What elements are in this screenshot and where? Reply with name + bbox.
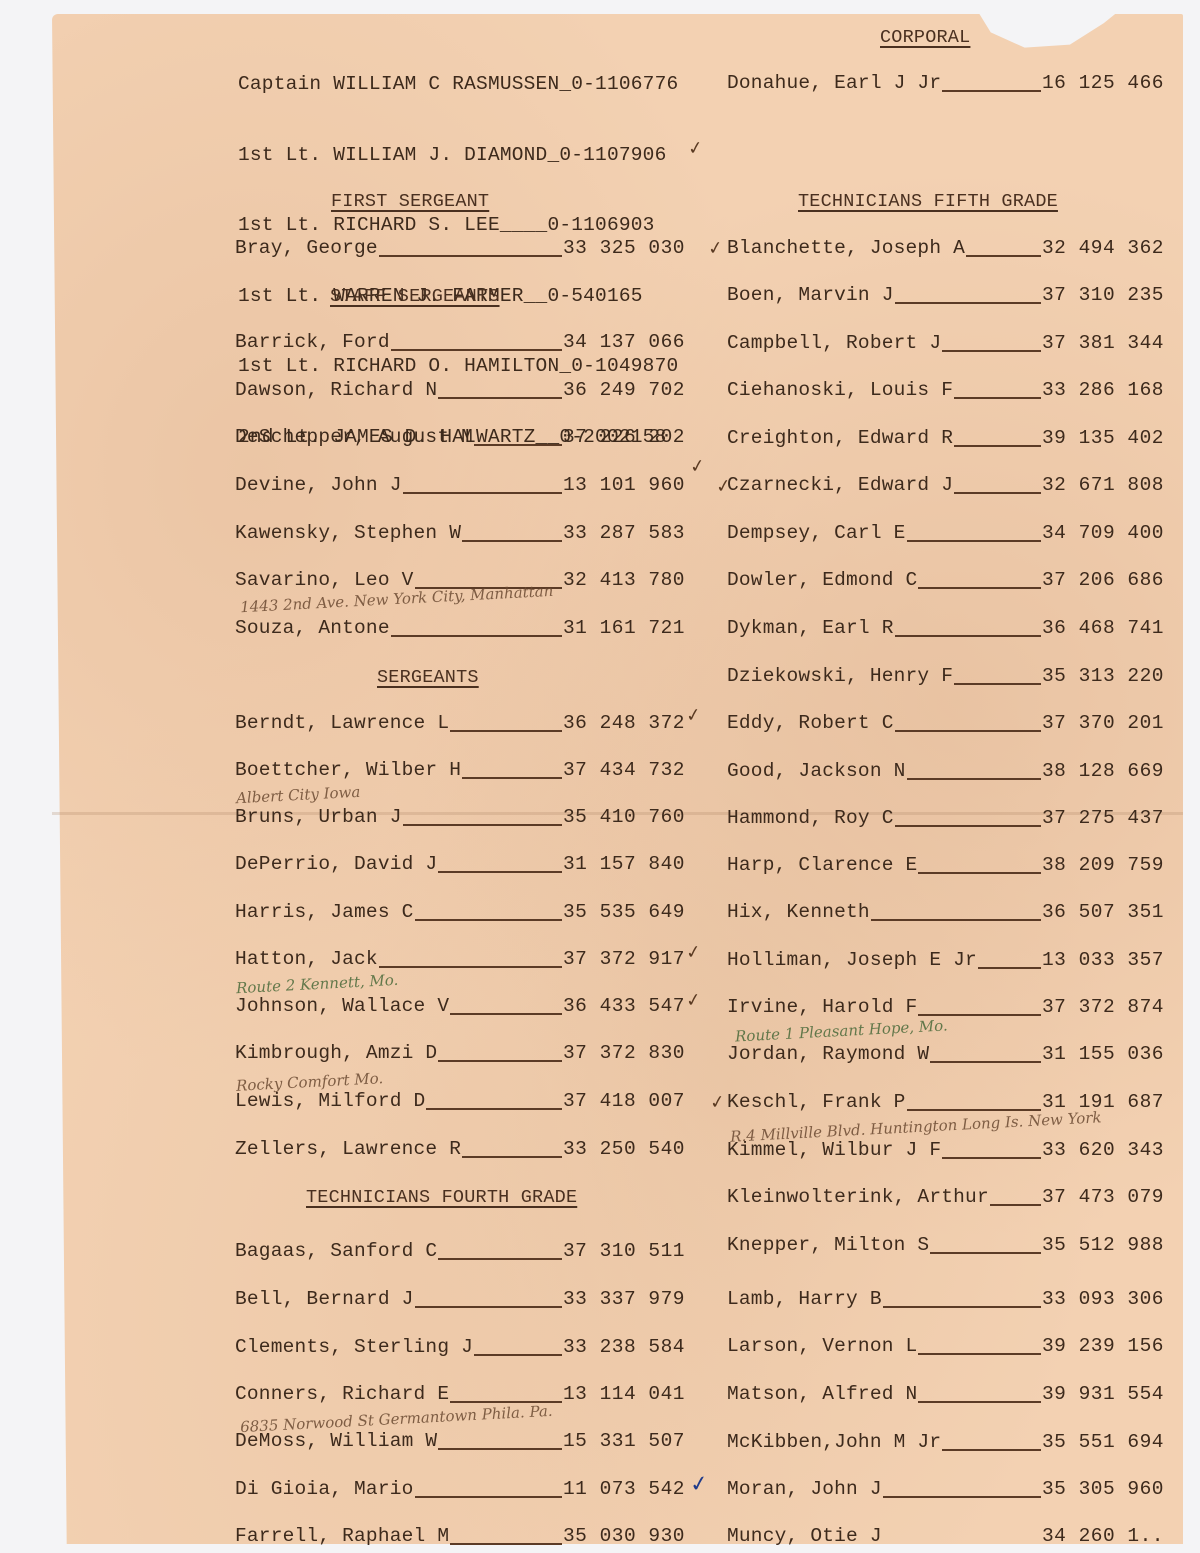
serial-number: 33 620 343 bbox=[1042, 1139, 1164, 1161]
fill-line bbox=[942, 90, 1041, 92]
page-bottom-edge bbox=[52, 1546, 1200, 1553]
fill-line bbox=[403, 492, 562, 494]
soldier-name: Clements, Sterling J bbox=[235, 1336, 473, 1358]
checkmark-icon: ✓ bbox=[687, 137, 705, 160]
fill-line bbox=[415, 919, 562, 921]
soldier-name: Campbell, Robert J bbox=[727, 332, 941, 354]
checkmark-icon: ✓ bbox=[715, 475, 733, 498]
serial-number: 37 275 437 bbox=[1042, 807, 1164, 829]
fill-line bbox=[883, 1543, 1041, 1545]
section-heading-technicians-fifth-grade: TECHNICIANS FIFTH GRADE bbox=[798, 191, 1058, 212]
serial-number: 11 073 542 bbox=[563, 1478, 685, 1500]
fill-line bbox=[450, 1013, 562, 1015]
fill-line bbox=[895, 635, 1041, 637]
soldier-name: Zellers, Lawrence R bbox=[235, 1138, 461, 1160]
serial-number: 31 155 036 bbox=[1042, 1043, 1164, 1065]
checkmark-icon: ✓ bbox=[689, 455, 707, 478]
fill-line bbox=[438, 1258, 562, 1260]
officer-line: 1st Lt. RICHARD S. LEE____0-1106903 bbox=[238, 214, 678, 238]
serial-number: 38 128 669 bbox=[1042, 760, 1164, 782]
roster-row: Hatton, Jack37 372 917 bbox=[235, 948, 685, 974]
fill-line bbox=[450, 730, 562, 732]
serial-number: 39 135 402 bbox=[1042, 427, 1164, 449]
soldier-name: Lamb, Harry B bbox=[727, 1288, 882, 1310]
soldier-name: Barrick, Ford bbox=[235, 331, 390, 353]
serial-number: 37 372 917 bbox=[563, 948, 685, 970]
serial-number: 35 535 649 bbox=[563, 901, 685, 923]
serial-number: 37 310 235 bbox=[1042, 284, 1164, 306]
soldier-name: Keschl, Frank P bbox=[727, 1091, 906, 1113]
roster-row: DePerrio, David J31 157 840 bbox=[235, 853, 685, 879]
fill-line bbox=[918, 872, 1041, 874]
serial-number: 35 551 694 bbox=[1042, 1431, 1164, 1453]
roster-row: Hix, Kenneth36 507 351 bbox=[727, 901, 1164, 927]
roster-row: DeSchepper, August M37 226 202 bbox=[235, 426, 685, 452]
fill-line bbox=[474, 444, 562, 446]
serial-number: 37 310 511 bbox=[563, 1240, 685, 1262]
officer-line: 1st Lt. WILLIAM J. DIAMOND_0-1107906 bbox=[238, 144, 678, 168]
serial-number: 35 512 988 bbox=[1042, 1234, 1164, 1256]
serial-number: 34 709 400 bbox=[1042, 522, 1164, 544]
soldier-name: Devine, John J bbox=[235, 474, 402, 496]
fill-line bbox=[990, 1204, 1041, 1206]
checkmark-icon: ✓ bbox=[685, 704, 703, 727]
soldier-name: Souza, Antone bbox=[235, 617, 390, 639]
roster-row: Berndt, Lawrence L36 248 372 bbox=[235, 712, 685, 738]
soldier-name: Dempsey, Carl E bbox=[727, 522, 906, 544]
roster-row: Creighton, Edward R39 135 402 bbox=[727, 427, 1164, 453]
fill-line bbox=[954, 445, 1041, 447]
fill-line bbox=[415, 1496, 562, 1498]
roster-row: Bagaas, Sanford C37 310 511 bbox=[235, 1240, 685, 1266]
serial-number: 35 313 220 bbox=[1042, 665, 1164, 687]
officer-line: Captain WILLIAM C RASMUSSEN_0-1106776 bbox=[238, 73, 678, 97]
roster-row: Czarnecki, Edward J32 671 808 bbox=[727, 474, 1164, 500]
checkmark-icon: ✓ bbox=[707, 237, 725, 260]
soldier-name: Kawensky, Stephen W bbox=[235, 522, 461, 544]
fill-line bbox=[883, 1496, 1041, 1498]
soldier-name: Boen, Marvin J bbox=[727, 284, 894, 306]
soldier-name: Good, Jackson N bbox=[727, 760, 906, 782]
roster-row: Hammond, Roy C37 275 437 bbox=[727, 807, 1164, 833]
roster-row: Kleinwolterink, Arthur37 473 079 bbox=[727, 1186, 1164, 1212]
section-heading-technicians-fourth-grade: TECHNICIANS FOURTH GRADE bbox=[306, 1187, 577, 1208]
fill-line bbox=[978, 967, 1041, 969]
roster-row: Souza, Antone31 161 721 bbox=[235, 617, 685, 643]
fill-line bbox=[438, 1448, 562, 1450]
serial-number: 37 226 202 bbox=[563, 426, 685, 448]
serial-number: 36 507 351 bbox=[1042, 901, 1164, 923]
roster-row: Dykman, Earl R36 468 741 bbox=[727, 617, 1164, 643]
serial-number: 31 157 840 bbox=[563, 853, 685, 875]
serial-number: 35 410 760 bbox=[563, 806, 685, 828]
fill-line bbox=[966, 255, 1041, 257]
soldier-name: Kimbrough, Amzi D bbox=[235, 1042, 437, 1064]
roster-row: Lewis, Milford D37 418 007 bbox=[235, 1090, 685, 1116]
fill-line bbox=[930, 1252, 1041, 1254]
fill-line bbox=[450, 1543, 562, 1545]
fill-line bbox=[462, 777, 562, 779]
roster-row: Bruns, Urban J35 410 760 bbox=[235, 806, 685, 832]
roster-row: Harris, James C35 535 649 bbox=[235, 901, 685, 927]
roster-row: Dowler, Edmond C37 206 686 bbox=[727, 569, 1164, 595]
fill-line bbox=[462, 540, 562, 542]
soldier-name: Di Gioia, Mario bbox=[235, 1478, 414, 1500]
roster-row: McKibben,John M Jr35 551 694 bbox=[727, 1431, 1164, 1457]
fill-line bbox=[438, 397, 562, 399]
serial-number: 33 250 540 bbox=[563, 1138, 685, 1160]
serial-number: 13 101 960 bbox=[563, 474, 685, 496]
soldier-name: Muncy, Otie J bbox=[727, 1525, 882, 1547]
soldier-name: DeSchepper, August M bbox=[235, 426, 473, 448]
checkmark-icon: ✓ bbox=[688, 1471, 710, 1498]
serial-number: 34 137 066 bbox=[563, 331, 685, 353]
roster-row: DeMoss, William W15 331 507 bbox=[235, 1430, 685, 1456]
serial-number: 38 209 759 bbox=[1042, 854, 1164, 876]
serial-number: 39 239 156 bbox=[1042, 1335, 1164, 1357]
soldier-name: Jordan, Raymond W bbox=[727, 1043, 929, 1065]
section-heading-first-sergeant: FIRST SERGEANT bbox=[331, 191, 489, 212]
soldier-name: Harris, James C bbox=[235, 901, 414, 923]
officer-line: 1st Lt. RICHARD O. HAMILTON_0-1049870 bbox=[238, 355, 678, 379]
roster-row: Jordan, Raymond W31 155 036 bbox=[727, 1043, 1164, 1069]
roster-row: Clements, Sterling J33 238 584 bbox=[235, 1336, 685, 1362]
soldier-name: Holliman, Joseph E Jr bbox=[727, 949, 977, 971]
soldier-name: Dowler, Edmond C bbox=[727, 569, 917, 591]
roster-row: Matson, Alfred N39 931 554 bbox=[727, 1383, 1164, 1409]
soldier-name: Knepper, Milton S bbox=[727, 1234, 929, 1256]
serial-number: 37 434 732 bbox=[563, 759, 685, 781]
fill-line bbox=[907, 1109, 1041, 1111]
soldier-name: Czarnecki, Edward J bbox=[727, 474, 953, 496]
serial-number: 34 260 1.. bbox=[1042, 1525, 1164, 1547]
serial-number: 36 433 547 bbox=[563, 995, 685, 1017]
fill-line bbox=[930, 1061, 1041, 1063]
serial-number: 33 337 979 bbox=[563, 1288, 685, 1310]
serial-number: 33 286 168 bbox=[1042, 379, 1164, 401]
fill-line bbox=[918, 1014, 1041, 1016]
roster-row: Johnson, Wallace V36 433 547 bbox=[235, 995, 685, 1021]
fill-line bbox=[907, 778, 1041, 780]
fill-line bbox=[942, 1157, 1041, 1159]
roster-row: Bray, George33 325 030 bbox=[235, 237, 685, 263]
fill-line bbox=[438, 871, 562, 873]
serial-number: 32 494 362 bbox=[1042, 237, 1164, 259]
serial-number: 36 468 741 bbox=[1042, 617, 1164, 639]
soldier-name: Blanchette, Joseph A bbox=[727, 237, 965, 259]
soldier-name: Dykman, Earl R bbox=[727, 617, 894, 639]
serial-number: 37 370 201 bbox=[1042, 712, 1164, 734]
soldier-name: Bray, George bbox=[235, 237, 378, 259]
serial-number: 33 093 306 bbox=[1042, 1288, 1164, 1310]
serial-number: 37 372 874 bbox=[1042, 996, 1164, 1018]
fill-line bbox=[918, 1401, 1041, 1403]
serial-number: 32 671 808 bbox=[1042, 474, 1164, 496]
fill-line bbox=[954, 683, 1041, 685]
fill-line bbox=[379, 255, 562, 257]
checkmark-icon: ✓ bbox=[685, 941, 703, 964]
fill-line bbox=[391, 635, 562, 637]
roster-row: Barrick, Ford34 137 066 bbox=[235, 331, 685, 357]
soldier-name: Bagaas, Sanford C bbox=[235, 1240, 437, 1262]
serial-number: 16 125 466 bbox=[1042, 72, 1164, 94]
roster-row: Harp, Clarence E38 209 759 bbox=[727, 854, 1164, 880]
serial-number: 32 413 780 bbox=[563, 569, 685, 591]
soldier-name: Hammond, Roy C bbox=[727, 807, 894, 829]
soldier-name: Dawson, Richard N bbox=[235, 379, 437, 401]
serial-number: 13 033 357 bbox=[1042, 949, 1164, 971]
serial-number: 37 418 007 bbox=[563, 1090, 685, 1112]
roster-row: Kimmel, Wilbur J F33 620 343 bbox=[727, 1139, 1164, 1165]
serial-number: 13 114 041 bbox=[563, 1383, 685, 1405]
serial-number: 37 381 344 bbox=[1042, 332, 1164, 354]
roster-row: Conners, Richard E13 114 041 bbox=[235, 1383, 685, 1409]
roster-row: Dawson, Richard N36 249 702 bbox=[235, 379, 685, 405]
soldier-name: DePerrio, David J bbox=[235, 853, 437, 875]
soldier-name: Creighton, Edward R bbox=[727, 427, 953, 449]
roster-row: Lamb, Harry B33 093 306 bbox=[727, 1288, 1164, 1314]
serial-number: 33 325 030 bbox=[563, 237, 685, 259]
fill-line bbox=[474, 1354, 562, 1356]
fill-line bbox=[954, 397, 1041, 399]
roster-row: Good, Jackson N38 128 669 bbox=[727, 760, 1164, 786]
fill-line bbox=[403, 824, 562, 826]
roster-row: Larson, Vernon L39 239 156 bbox=[727, 1335, 1164, 1361]
serial-number: 33 287 583 bbox=[563, 522, 685, 544]
soldier-name: McKibben,John M Jr bbox=[727, 1431, 941, 1453]
roster-row: Moran, John J35 305 960 bbox=[727, 1478, 1164, 1504]
serial-number: 39 931 554 bbox=[1042, 1383, 1164, 1405]
soldier-name: Kleinwolterink, Arthur bbox=[727, 1186, 989, 1208]
soldier-name: Hatton, Jack bbox=[235, 948, 378, 970]
serial-number: 36 248 372 bbox=[563, 712, 685, 734]
fill-line bbox=[415, 1306, 562, 1308]
soldier-name: Conners, Richard E bbox=[235, 1383, 449, 1405]
soldier-name: Bruns, Urban J bbox=[235, 806, 402, 828]
serial-number: 31 161 721 bbox=[563, 617, 685, 639]
soldier-name: Irvine, Harold F bbox=[727, 996, 917, 1018]
soldier-name: Larson, Vernon L bbox=[727, 1335, 917, 1357]
fill-line bbox=[942, 1449, 1041, 1451]
serial-number: 35 030 930 bbox=[563, 1525, 685, 1547]
soldier-name: Eddy, Robert C bbox=[727, 712, 894, 734]
roster-row: Devine, John J13 101 960 bbox=[235, 474, 685, 500]
roster-row: Ciehanoski, Louis F33 286 168 bbox=[727, 379, 1164, 405]
roster-row: Blanchette, Joseph A32 494 362 bbox=[727, 237, 1164, 263]
soldier-name: Farrell, Raphael M bbox=[235, 1525, 449, 1547]
fill-line bbox=[918, 587, 1041, 589]
fill-line bbox=[438, 1060, 562, 1062]
soldier-name: Johnson, Wallace V bbox=[235, 995, 449, 1017]
roster-row: Donahue, Earl J Jr16 125 466 bbox=[727, 72, 1164, 98]
fill-line bbox=[379, 966, 562, 968]
serial-number: 37 473 079 bbox=[1042, 1186, 1164, 1208]
fill-line bbox=[871, 919, 1041, 921]
serial-number: 37 206 686 bbox=[1042, 569, 1164, 591]
section-heading-sergeants: SERGEANTS bbox=[377, 667, 479, 688]
roster-row: Holliman, Joseph E Jr13 033 357 bbox=[727, 949, 1164, 975]
soldier-name: Donahue, Earl J Jr bbox=[727, 72, 941, 94]
roster-row: Boen, Marvin J37 310 235 bbox=[727, 284, 1164, 310]
roster-row: Knepper, Milton S35 512 988 bbox=[727, 1234, 1164, 1260]
fill-line bbox=[883, 1306, 1041, 1308]
fill-line bbox=[895, 302, 1041, 304]
roster-row: Dziekowski, Henry F35 313 220 bbox=[727, 665, 1164, 691]
soldier-name: Matson, Alfred N bbox=[727, 1383, 917, 1405]
soldier-name: Savarino, Leo V bbox=[235, 569, 414, 591]
soldier-name: Bell, Bernard J bbox=[235, 1288, 414, 1310]
roster-row: Zellers, Lawrence R33 250 540 bbox=[235, 1138, 685, 1164]
roster-row: Kawensky, Stephen W33 287 583 bbox=[235, 522, 685, 548]
soldier-name: Hix, Kenneth bbox=[727, 901, 870, 923]
serial-number: 33 238 584 bbox=[563, 1336, 685, 1358]
fill-line bbox=[895, 825, 1041, 827]
roster-row: Di Gioia, Mario11 073 542 bbox=[235, 1478, 685, 1504]
soldier-name: Berndt, Lawrence L bbox=[235, 712, 449, 734]
section-heading-staff-sergeants: STAFF SERGEANTS bbox=[330, 286, 500, 307]
section-heading-corporal: CORPORAL bbox=[880, 27, 970, 48]
soldier-name: Boettcher, Wilber H bbox=[235, 759, 461, 781]
checkmark-icon: ✓ bbox=[685, 989, 703, 1012]
serial-number: 15 331 507 bbox=[563, 1430, 685, 1452]
fill-line bbox=[462, 1156, 562, 1158]
serial-number: 35 305 960 bbox=[1042, 1478, 1164, 1500]
soldier-name: Ciehanoski, Louis F bbox=[727, 379, 953, 401]
soldier-name: Harp, Clarence E bbox=[727, 854, 917, 876]
roster-row: Bell, Bernard J33 337 979 bbox=[235, 1288, 685, 1314]
fill-line bbox=[954, 492, 1041, 494]
fill-line bbox=[942, 350, 1041, 352]
roster-row: Dempsey, Carl E34 709 400 bbox=[727, 522, 1164, 548]
fill-line bbox=[391, 349, 562, 351]
soldier-name: Moran, John J bbox=[727, 1478, 882, 1500]
serial-number: 36 249 702 bbox=[563, 379, 685, 401]
serial-number: 37 372 830 bbox=[563, 1042, 685, 1064]
fill-line bbox=[918, 1353, 1041, 1355]
fill-line bbox=[895, 730, 1041, 732]
roster-row: Kimbrough, Amzi D37 372 830 bbox=[235, 1042, 685, 1068]
roster-row: Boettcher, Wilber H37 434 732 bbox=[235, 759, 685, 785]
fill-line bbox=[907, 540, 1041, 542]
roster-row: Campbell, Robert J37 381 344 bbox=[727, 332, 1164, 358]
roster-row: Eddy, Robert C37 370 201 bbox=[727, 712, 1164, 738]
checkmark-icon: ✓ bbox=[709, 1091, 727, 1114]
fill-line bbox=[426, 1108, 562, 1110]
soldier-name: Dziekowski, Henry F bbox=[727, 665, 953, 687]
